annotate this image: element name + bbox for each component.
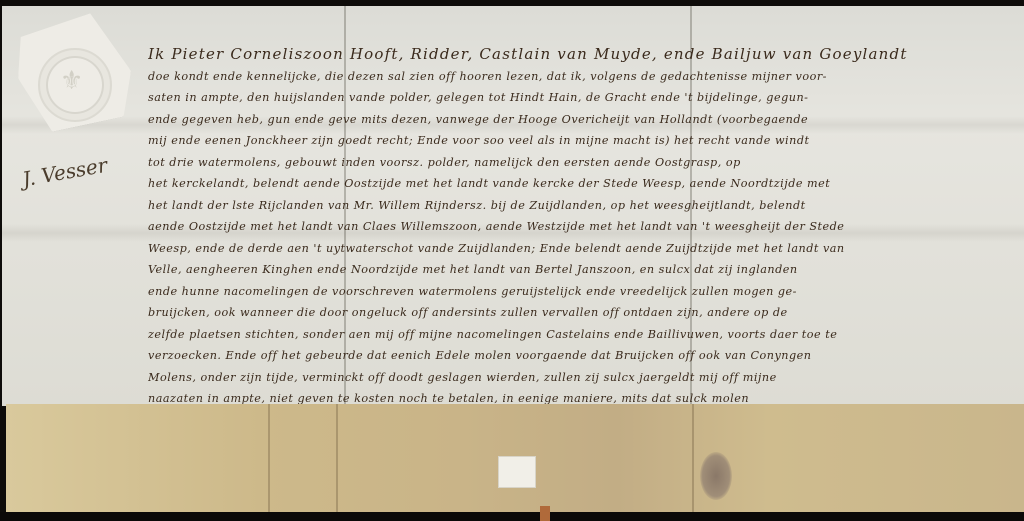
text-line: zelfde plaetsen stichten, sonder aen mij… [148, 324, 1018, 346]
text-line: ende hunne nacomelingen de voorschreven … [148, 281, 1018, 303]
text-line: Ik Pieter Corneliszoon Hooft, Ridder, Ca… [148, 44, 1018, 66]
turnup-fold [692, 404, 694, 512]
turnup-fold [268, 404, 270, 512]
text-line: doe kondt ende kennelijcke, die dezen sa… [148, 66, 1018, 88]
text-line: het landt der lste Rijclanden van Mr. Wi… [148, 195, 1018, 217]
seal-ribbon [540, 506, 550, 521]
text-line: Molens, onder zijn tijde, verminckt off … [148, 367, 1018, 389]
paper-tag [498, 456, 536, 488]
text-line: bruijcken, ook wanneer die door ongeluck… [148, 302, 1018, 324]
text-line: ende gegeven heb, gun ende geve mits dez… [148, 109, 1018, 131]
turnup-fold [336, 404, 338, 512]
stain [700, 452, 732, 500]
text-line: Velle, aengheeren Kinghen ende Noordzijd… [148, 259, 1018, 281]
text-line: saten in ampte, den huijslanden vande po… [148, 87, 1018, 109]
text-line: verzoecken. Ende off het gebeurde dat ee… [148, 345, 1018, 367]
text-line: Weesp, ende de derde aen 't uytwaterscho… [148, 238, 1018, 260]
text-line: mij ende eenen Jonckheer zijn goedt rech… [148, 130, 1018, 152]
text-line: aende Oostzijde met het landt van Claes … [148, 216, 1018, 238]
text-line: tot drie watermolens, gebouwt inden voor… [148, 152, 1018, 174]
text-line: het kerckelandt, belendt aende Oostzijde… [148, 173, 1018, 195]
seal-emblem-icon: ⚜ [60, 66, 83, 96]
background-edge [0, 512, 1024, 521]
